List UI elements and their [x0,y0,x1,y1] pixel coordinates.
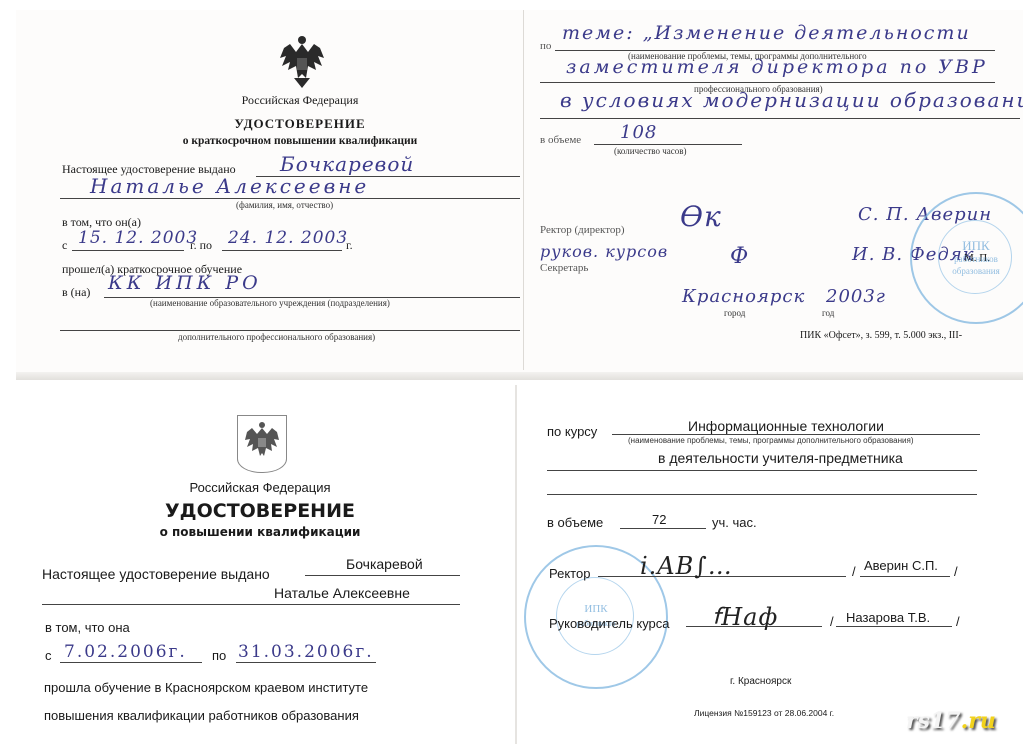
secretary-label: Секретарь [540,262,588,274]
given-names: Наталье Алексеевне [274,585,410,601]
course-head-name: Назарова Т.В. [846,610,930,625]
hours-unit: уч. час. [712,515,757,530]
year-handwritten: 2003г [826,286,886,307]
country-name: Российская Федерация [200,93,400,108]
that-label: в том, что она [45,620,130,635]
rector-label: Ректор (директор) [540,224,625,236]
site-watermark: rs17.ru [906,708,996,734]
city-handwritten: Красноярск [682,286,805,307]
date-from-handwritten: 7.02.2006г. [64,642,187,662]
page-edge [16,372,1023,380]
date-to-handwritten: 24. 12. 2003 [228,228,348,248]
date-from-handwritten: 15. 12. 2003 [78,228,198,248]
institution-caption: (наименование образовательного учреждени… [150,298,390,308]
country-name: Российская Федерация [160,480,360,495]
to-label: по [212,648,226,663]
rector-name: Аверин С.П. [864,558,938,573]
separator: / [852,564,856,579]
year-caption: год [822,308,834,318]
given-names-handwritten: Наталье Алексеевне [90,174,369,198]
completed-line-1: прошла обучение в Красноярском краевом и… [44,680,368,695]
to-label: г. по [190,238,212,253]
document-subtitle: о повышении квалификации [140,525,380,539]
topic-line-3: в условиях модернизации образования [560,88,1023,112]
printer-info: ПИК «Офсет», з. 599, т. 5.000 экз., III- [800,330,962,341]
volume-label: в объеме [547,515,603,530]
rector-label: Ректор [549,566,590,581]
issued-to-label: Настоящее удостоверение выдано [42,566,270,582]
year-suffix: г. [346,238,353,253]
course-caption: (наименование проблемы, темы, программы … [628,436,914,445]
rector-signature: Ѳк [680,200,722,233]
surname-handwritten: Бочкаревой [280,152,414,176]
separator: / [830,614,834,629]
secretary-handwritten: руков. курсов [540,242,668,261]
topic-line-1: теме: „Изменение деятельности [562,22,971,44]
separator: / [956,614,960,629]
from-label: с [62,238,67,253]
document-title: УДОСТОВЕРЕНИЕ [160,500,360,522]
completed-line-2: повышения квалификации работников образо… [44,708,359,723]
document-subtitle: о краткосрочном повышении квалификации [150,135,450,147]
fold-line [523,10,524,370]
hours-handwritten: 108 [620,122,657,143]
at-label: в (на) [62,285,90,300]
secretary-signature: Ф [730,244,749,269]
surname: Бочкаревой [346,556,423,572]
volume-label: в объеме [540,134,581,146]
institution-caption-2: дополнительного профессионального образо… [178,332,375,342]
fold-line-bottom [515,385,517,744]
course-line-2: в деятельности учителя-предметника [658,450,903,466]
coat-of-arms-icon [237,415,287,473]
topic-label: по [540,40,551,52]
topic-line-2: заместителя директора по УВР [566,56,988,78]
course-head-label: Руководитель курса [549,616,670,631]
rector-signature: i.AB∫… [640,552,733,580]
institution-handwritten: КК ИПК РО [108,272,262,294]
document-title: УДОСТОВЕРЕНИЕ [200,116,400,132]
hours-value: 72 [652,512,666,527]
course-line-1: Информационные технологии [688,418,884,434]
city-caption: город [724,308,745,318]
city: г. Красноярск [730,676,791,687]
coat-of-arms-icon [276,34,328,90]
course-label: по курсу [547,424,597,439]
license-info: Лицензия №159123 от 28.06.2004 г. [694,708,834,718]
date-to-handwritten: 31.03.2006г. [238,642,374,662]
hours-caption: (количество часов) [614,146,686,156]
from-label: с [45,648,52,663]
course-head-signature: ꬵНаф [712,600,778,633]
separator: / [954,564,958,579]
name-caption: (фамилия, имя, отчество) [236,200,333,210]
